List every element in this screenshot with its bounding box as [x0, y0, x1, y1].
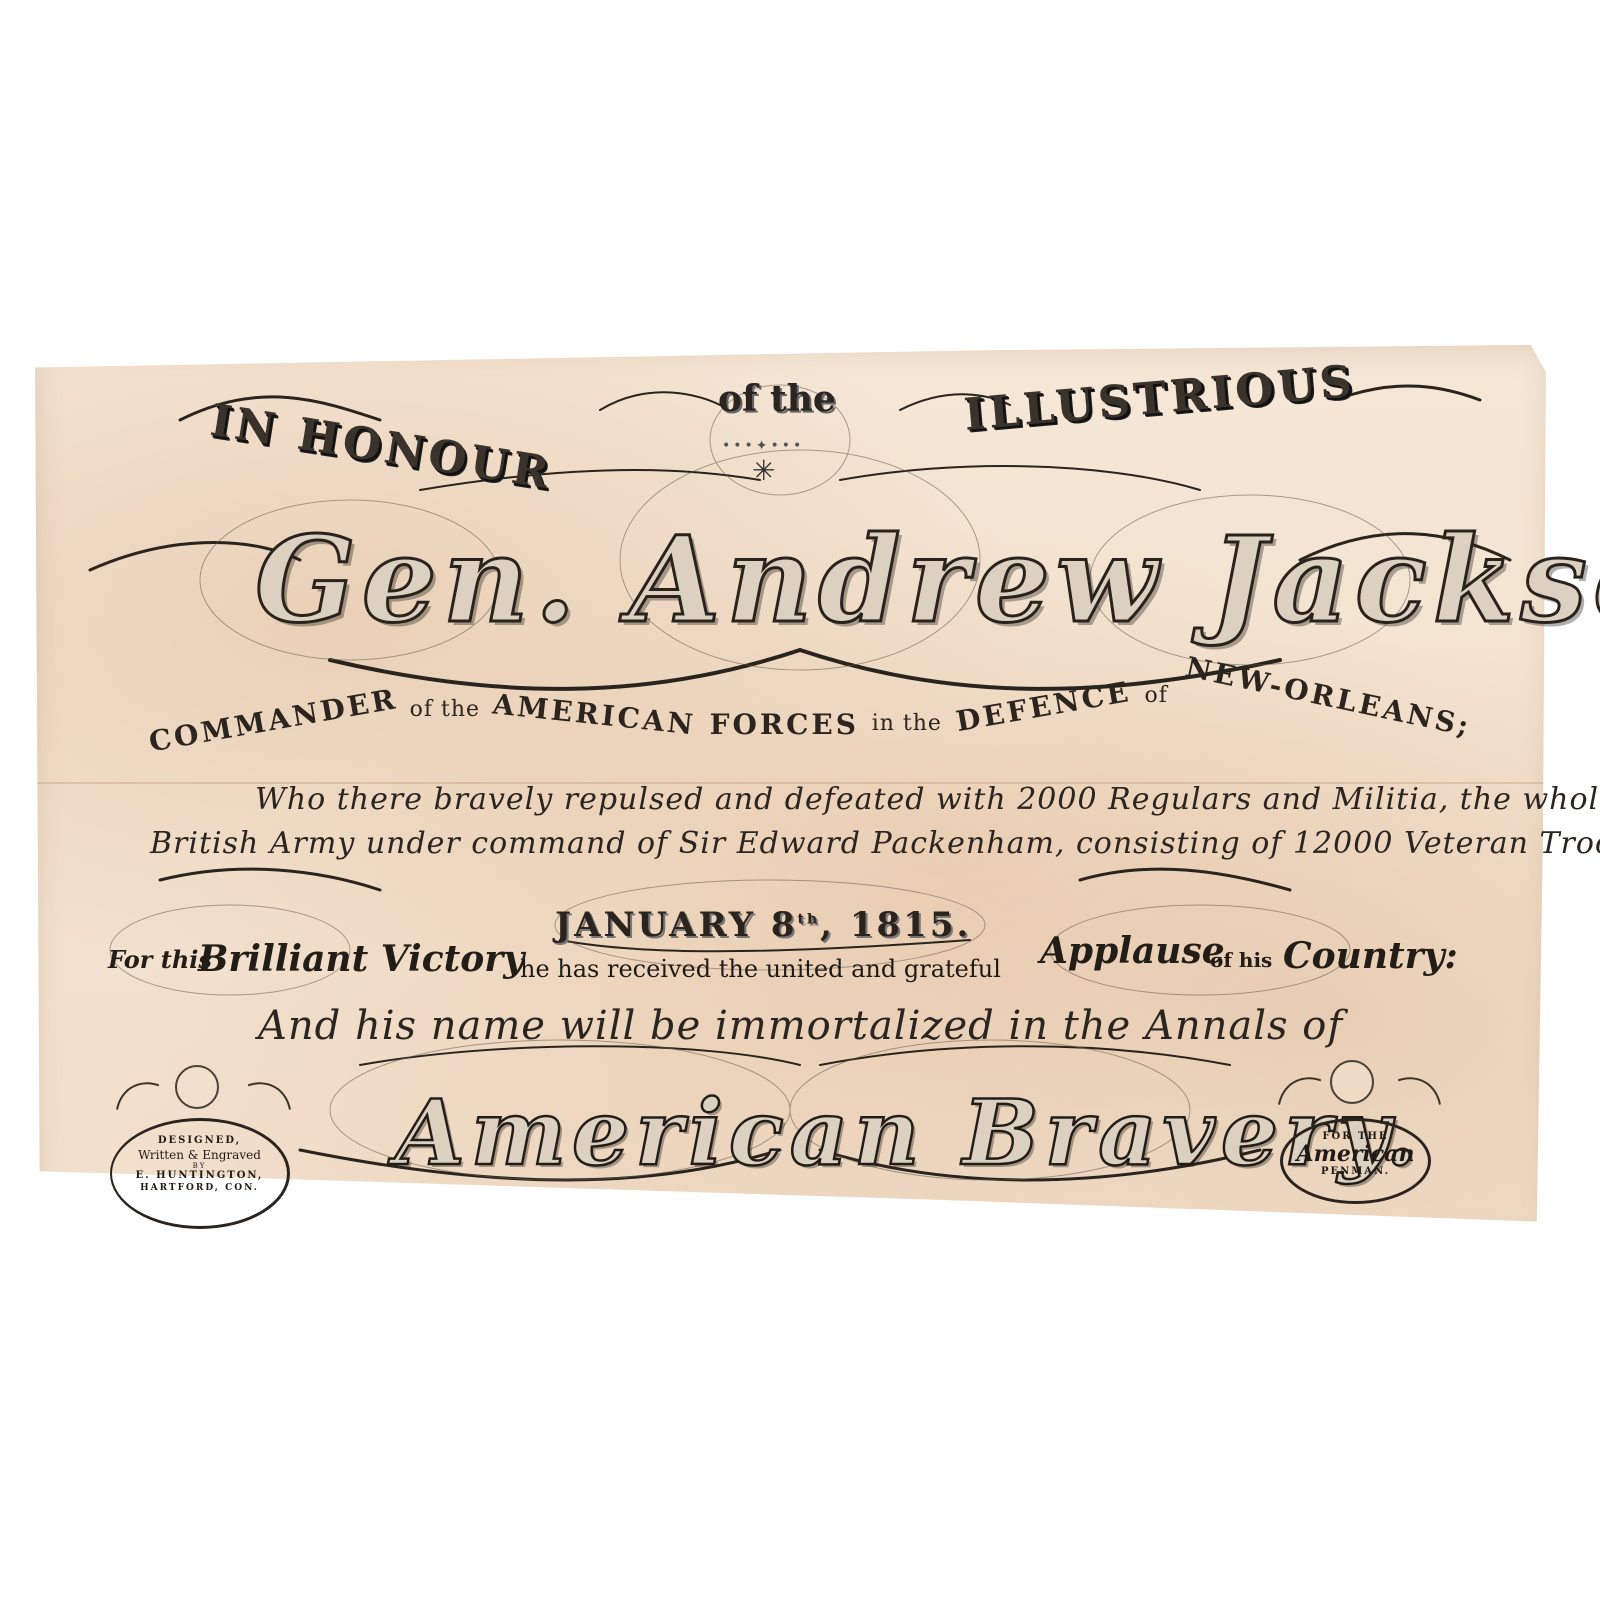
credit-by: BY — [112, 1162, 287, 1170]
of-his-text: of his — [1210, 948, 1272, 972]
battle-date: JANUARY 8th, 1815. — [555, 905, 971, 945]
in-the-word: in the — [872, 711, 942, 736]
engraver-credit-medallion: DESIGNED, Written & Engraved BY E. HUNTI… — [110, 1118, 290, 1229]
date-year: , 1815. — [820, 905, 971, 945]
heading-of-the: of the — [718, 378, 836, 420]
forces-word: FORCES — [710, 708, 859, 741]
immortalized-line: And his name will be immortalized in the… — [258, 1003, 1343, 1049]
publisher-medallion: FOR THE American PENMAN. — [1280, 1118, 1431, 1204]
commander-line: COMMANDER of the AMERICAN FORCES in the … — [145, 690, 1472, 723]
dotted-ornament-icon: •••✦••• — [722, 438, 804, 454]
applause-text: Applause — [1040, 930, 1225, 972]
star-ornament-icon: ✳ — [752, 454, 775, 487]
credit-designed: DESIGNED, — [112, 1135, 287, 1146]
country-text: Country: — [1283, 935, 1458, 977]
brilliant-victory-text: Brilliant Victory — [198, 938, 524, 980]
closing-american-bravery: American Bravery. — [395, 1080, 1423, 1186]
date-month-day: JANUARY 8 — [555, 905, 798, 945]
for-this-text: For this — [108, 945, 212, 974]
credit-name: E. HUNTINGTON, — [112, 1170, 287, 1181]
body-line-1: Who there bravely repulsed and defeated … — [255, 782, 1600, 817]
of-the-word: of the — [410, 697, 480, 722]
date-suffix: th — [798, 912, 821, 928]
publisher-american: American — [1283, 1142, 1428, 1166]
title-general-name: Gen. Andrew Jackson, — [255, 510, 1600, 649]
received-text: he has received the united and grateful — [520, 955, 1001, 983]
publisher-penman: PENMAN. — [1283, 1166, 1428, 1177]
body-line-2: British Army under command of Sir Edward… — [150, 826, 1600, 861]
credit-written: Written & Engraved — [112, 1148, 287, 1162]
of-word: of — [1145, 683, 1168, 708]
credit-place: HARTFORD, CON. — [112, 1183, 287, 1193]
